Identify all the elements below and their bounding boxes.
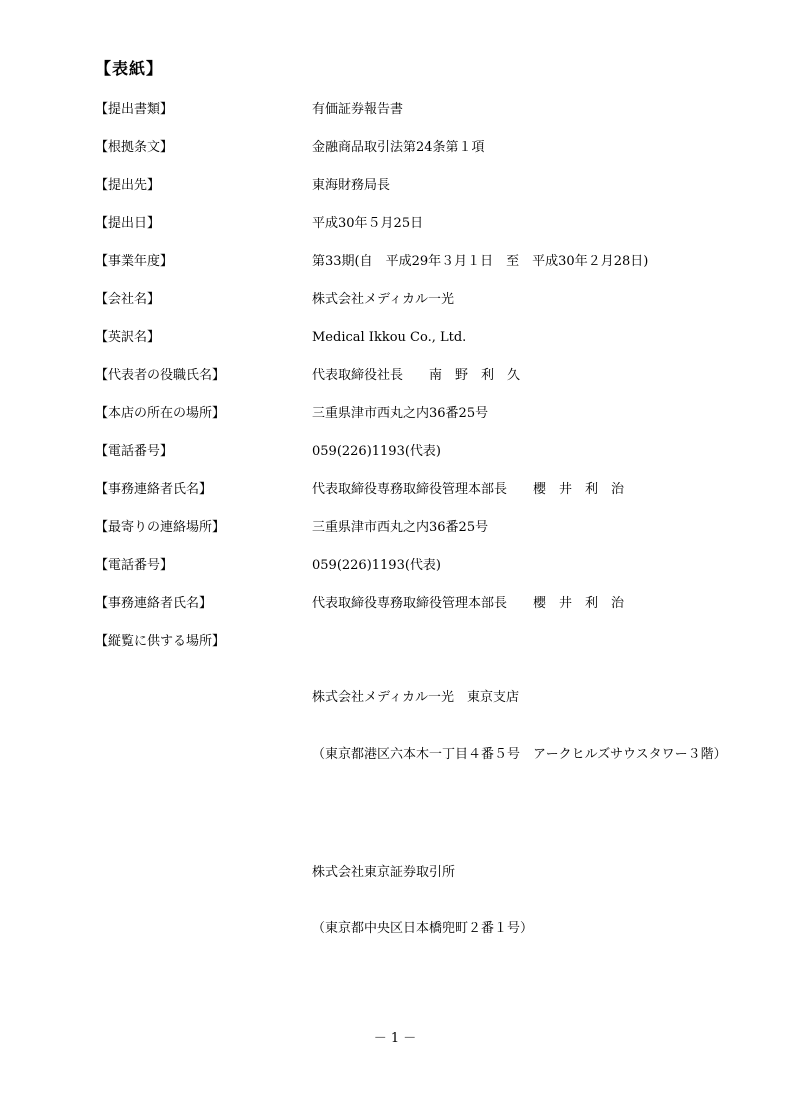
field-label: 【事業年度】 (95, 255, 312, 269)
field-label: 【提出書類】 (95, 103, 312, 117)
field-row-head-office: 【本店の所在の場所】 三重県津市西丸之内36番25号 (95, 407, 755, 421)
field-value: 東海財務局長 (312, 179, 755, 193)
field-rows: 【提出書類】 有価証券報告書 【根拠条文】 金融商品取引法第24条第１項 【提出… (95, 103, 755, 1016)
page-number: － 1 － (0, 1032, 790, 1046)
field-value: 059(226)1193(代表) (312, 559, 755, 573)
field-label: 【本店の所在の場所】 (95, 407, 312, 421)
field-row-phone-number-1: 【電話番号】 059(226)1193(代表) (95, 445, 755, 459)
field-value: 平成30年５月25日 (312, 217, 755, 231)
field-row-nearest-contact-place: 【最寄りの連絡場所】 三重県津市西丸之内36番25号 (95, 521, 755, 535)
field-value: 代表取締役専務取締役管理本部長 櫻 井 利 治 (312, 597, 755, 611)
field-row-fiscal-year: 【事業年度】 第33期(自 平成29年３月１日 至 平成30年２月28日) (95, 255, 755, 269)
field-value: 三重県津市西丸之内36番25号 (312, 407, 755, 421)
field-value: 059(226)1193(代表) (312, 445, 755, 459)
field-row-submitted-document: 【提出書類】 有価証券報告書 (95, 103, 755, 117)
inspection-place-tokyo-branch: 株式会社メディカル一光 東京支店 （東京都港区六本木一丁目４番５号 アークヒルズ… (312, 663, 755, 790)
document-page: 【表紙】 【提出書類】 有価証券報告書 【根拠条文】 金融商品取引法第24条第１… (0, 0, 790, 1118)
field-value: 代表取締役社長 南 野 利 久 (312, 369, 755, 383)
field-row-contact-person-1: 【事務連絡者氏名】 代表取締役専務取締役管理本部長 櫻 井 利 治 (95, 483, 755, 497)
field-value: 株式会社メディカル一光 東京支店 （東京都港区六本木一丁目４番５号 アークヒルズ… (312, 635, 755, 992)
field-value: 金融商品取引法第24条第１項 (312, 141, 755, 155)
field-label: 【縦覧に供する場所】 (95, 635, 312, 649)
field-label: 【事務連絡者氏名】 (95, 483, 312, 497)
field-value: 第33期(自 平成29年３月１日 至 平成30年２月28日) (312, 255, 755, 269)
inspection-place-name: 株式会社東京証券取引所 (312, 866, 755, 880)
inspection-place-address: （東京都港区六本木一丁目４番５号 アークヒルズサウスタワー３階） (312, 748, 755, 762)
field-row-contact-person-2: 【事務連絡者氏名】 代表取締役専務取締役管理本部長 櫻 井 利 治 (95, 597, 755, 611)
field-row-submission-date: 【提出日】 平成30年５月25日 (95, 217, 755, 231)
field-row-legal-basis: 【根拠条文】 金融商品取引法第24条第１項 (95, 141, 755, 155)
field-row-phone-number-2: 【電話番号】 059(226)1193(代表) (95, 559, 755, 573)
field-row-submitted-to: 【提出先】 東海財務局長 (95, 179, 755, 193)
field-row-english-name: 【英訳名】 Medical Ikkou Co., Ltd. (95, 331, 755, 345)
field-row-company-name: 【会社名】 株式会社メディカル一光 (95, 293, 755, 307)
field-label: 【代表者の役職氏名】 (95, 369, 312, 383)
field-value: Medical Ikkou Co., Ltd. (312, 331, 755, 345)
field-row-public-inspection-places: 【縦覧に供する場所】 株式会社メディカル一光 東京支店 （東京都港区六本木一丁目… (95, 635, 755, 992)
inspection-place-address: （東京都中央区日本橋兜町２番１号） (312, 922, 755, 936)
field-row-representative: 【代表者の役職氏名】 代表取締役社長 南 野 利 久 (95, 369, 755, 383)
field-label: 【提出日】 (95, 217, 312, 231)
field-value: 代表取締役専務取締役管理本部長 櫻 井 利 治 (312, 483, 755, 497)
field-label: 【会社名】 (95, 293, 312, 307)
field-label: 【電話番号】 (95, 445, 312, 459)
field-value: 株式会社メディカル一光 (312, 293, 755, 307)
field-value: 有価証券報告書 (312, 103, 755, 117)
field-label: 【最寄りの連絡場所】 (95, 521, 312, 535)
inspection-place-name: 株式会社メディカル一光 東京支店 (312, 691, 755, 705)
field-label: 【根拠条文】 (95, 141, 312, 155)
field-label: 【提出先】 (95, 179, 312, 193)
page-title: 【表紙】 (95, 59, 163, 79)
field-label: 【事務連絡者氏名】 (95, 597, 312, 611)
field-label: 【電話番号】 (95, 559, 312, 573)
field-label: 【英訳名】 (95, 331, 312, 345)
inspection-place-tokyo-stock-exchange: 株式会社東京証券取引所 （東京都中央区日本橋兜町２番１号） (312, 838, 755, 964)
field-value: 三重県津市西丸之内36番25号 (312, 521, 755, 535)
